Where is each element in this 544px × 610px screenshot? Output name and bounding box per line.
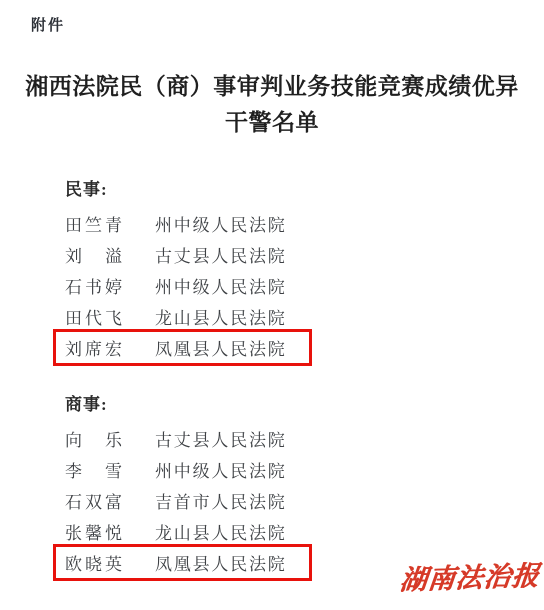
court-name: 州中级人民法院 [155,457,287,482]
court-name: 龙山县人民法院 [155,519,287,544]
section-commercial: 商事: 向乐 古丈县人民法院 李雪 州中级人民法院 石双富 吉首市人民法院 张馨… [65,393,544,578]
person-name: 张馨悦 [65,519,122,544]
scanned-document-page: 附件 湘西法院民（商）事审判业务技能竞赛成绩优异 干警名单 民事: 田竺青 州中… [0,0,544,610]
court-name: 古丈县人民法院 [155,426,287,451]
list-item: 向乐 古丈县人民法院 [65,423,290,454]
court-name: 凤凰县人民法院 [155,335,287,360]
person-name: 刘席宏 [65,335,122,360]
list-item: 张馨悦 龙山县人民法院 [65,516,290,547]
list-item: 李雪 州中级人民法院 [65,454,290,485]
list-item: 石书婷 州中级人民法院 [65,270,290,301]
person-name: 向乐 [65,426,122,451]
person-name: 田竺青 [65,211,122,236]
attachment-label: 附件 [31,14,544,35]
court-name: 州中级人民法院 [155,211,287,236]
court-name: 古丈县人民法院 [155,242,287,267]
news-outlet-watermark: 湖南法治报 [398,553,542,597]
document-title-line2: 干警名单 [0,105,544,141]
document-title: 湘西法院民（商）事审判业务技能竞赛成绩优异 干警名单 [0,69,544,141]
section-civil-heading: 民事: [65,178,544,208]
person-name: 田代飞 [65,304,122,329]
section-civil: 民事: 田竺青 州中级人民法院 刘溢 古丈县人民法院 石书婷 州中级人民法院 田… [65,178,544,363]
document-body: 民事: 田竺青 州中级人民法院 刘溢 古丈县人民法院 石书婷 州中级人民法院 田… [65,178,544,578]
list-item-highlighted: 刘席宏 凤凰县人民法院 [65,332,290,363]
list-item: 田竺青 州中级人民法院 [65,208,290,239]
person-name: 石双富 [65,488,122,513]
list-item: 刘溢 古丈县人民法院 [65,239,290,270]
court-name: 龙山县人民法院 [155,304,287,329]
person-name: 欧晓英 [65,550,122,575]
person-name: 刘溢 [65,242,122,267]
section-commercial-heading: 商事: [65,393,544,423]
list-item: 石双富 吉首市人民法院 [65,485,290,516]
court-name: 吉首市人民法院 [155,488,287,513]
person-name: 李雪 [65,457,122,482]
court-name: 州中级人民法院 [155,273,287,298]
person-name: 石书婷 [65,273,122,298]
court-name: 凤凰县人民法院 [155,550,287,575]
document-title-line1: 湘西法院民（商）事审判业务技能竞赛成绩优异 [0,69,544,105]
list-item: 田代飞 龙山县人民法院 [65,301,290,332]
list-item-highlighted: 欧晓英 凤凰县人民法院 [65,547,290,578]
